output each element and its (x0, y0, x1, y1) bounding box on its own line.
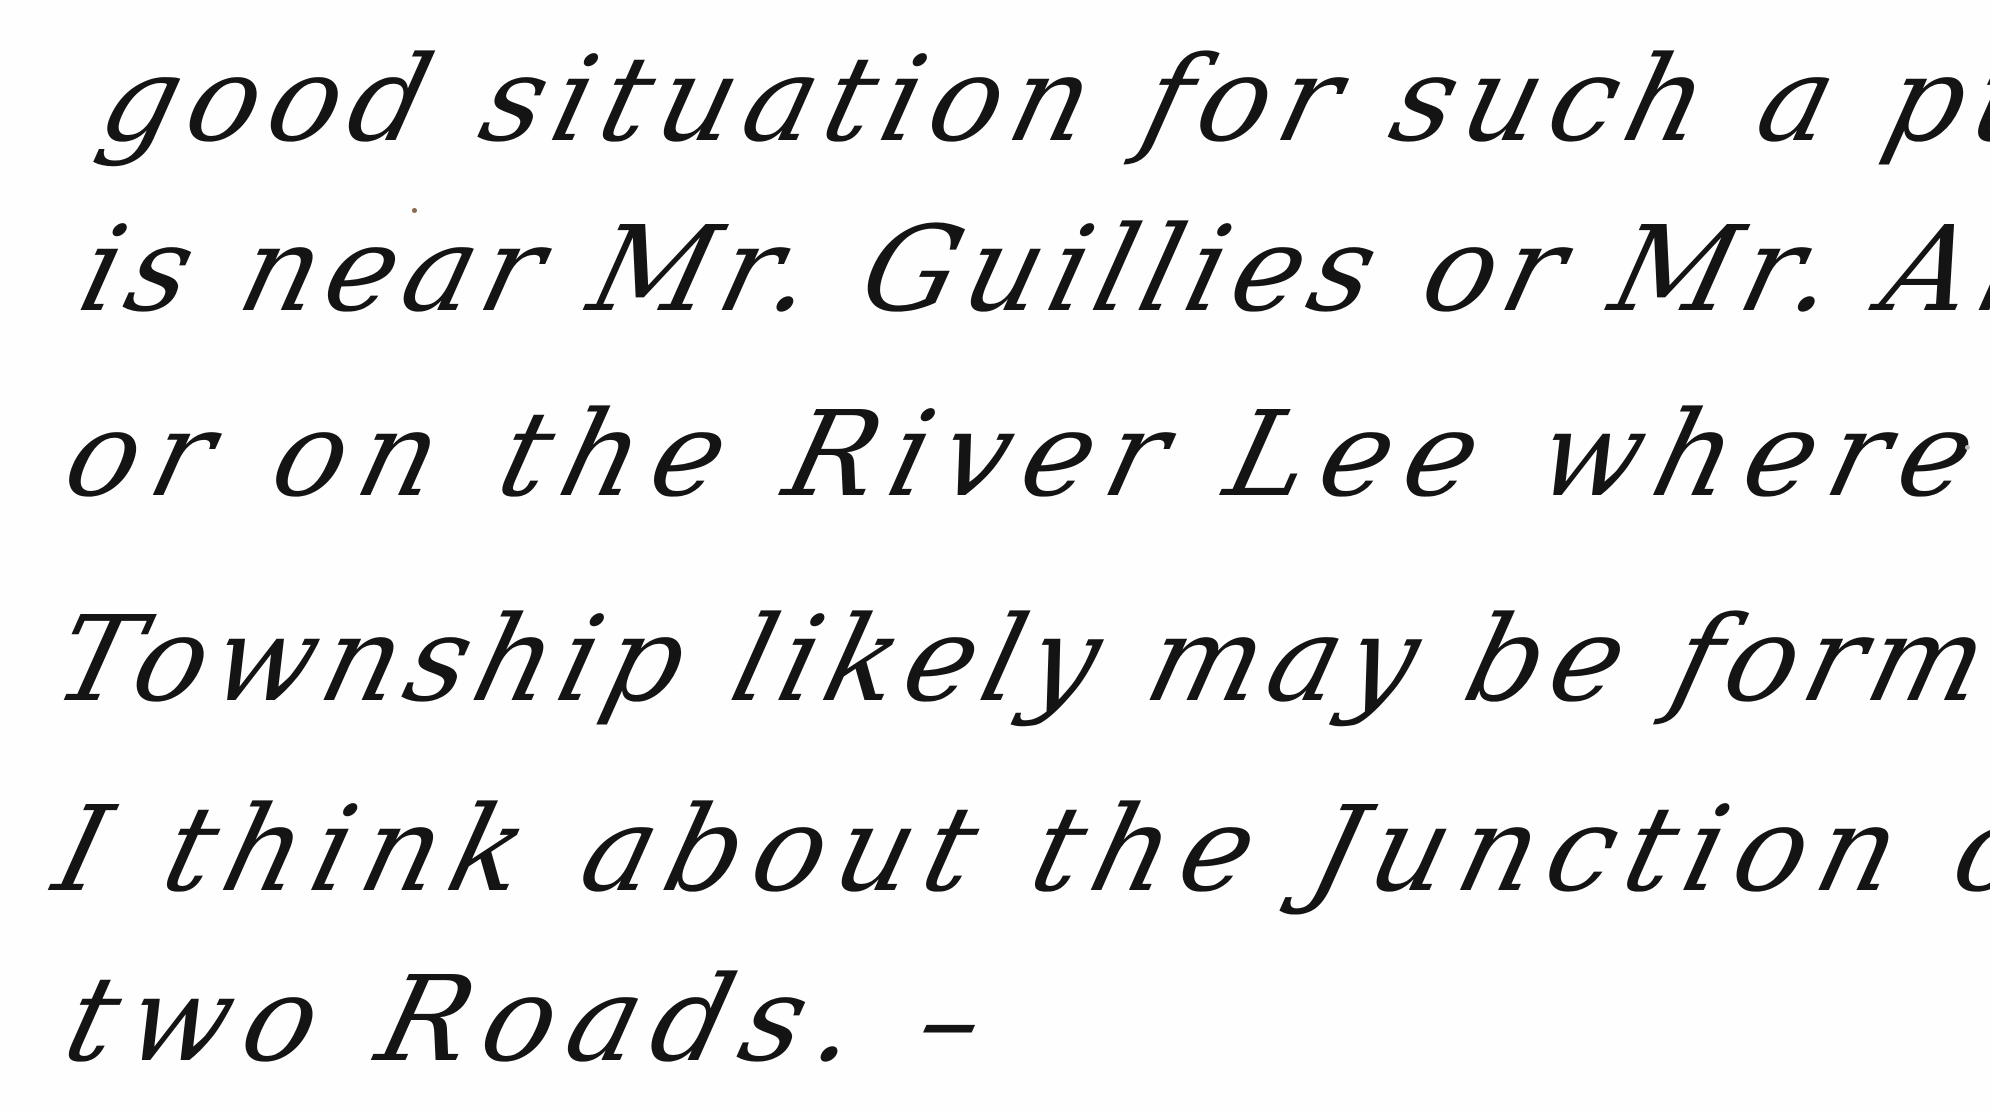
manuscript-line-6: two Roads. – (55, 960, 1010, 1078)
ink-speck (1965, 445, 1970, 450)
manuscript-line-3: or on the River Lee where a (55, 395, 1990, 513)
manuscript-line-4: Township likely may be formed (45, 600, 1990, 718)
manuscript-page: good situation for such a purpose is nea… (0, 0, 1990, 1111)
manuscript-line-5: I think about the Junction of the (45, 790, 1990, 908)
ink-speck (412, 208, 417, 213)
manuscript-line-2: is near Mr. Guillies or Mr. Andersons (70, 210, 1990, 328)
manuscript-line-1: good situation for such a purpose (90, 40, 1990, 158)
